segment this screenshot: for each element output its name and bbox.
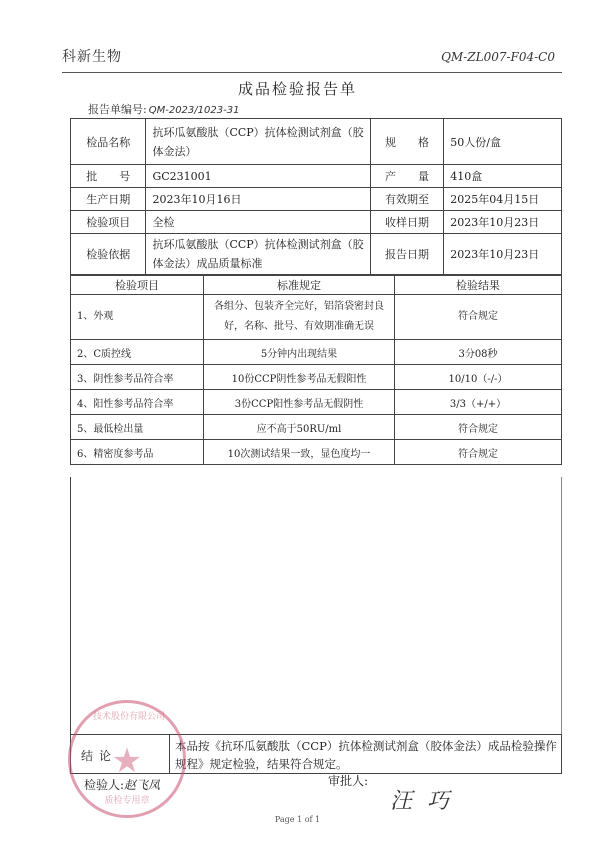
test-item: 2、C质控线: [71, 340, 204, 365]
test-item-value: 全检: [146, 211, 370, 234]
table-row: 6、精密度参考品 10次测试结果一致，显色度均一 符合规定: [71, 440, 562, 465]
conclusion-text: 本品按《抗环瓜氨酸肽（CCP）抗体检测试剂盒（胶体金法）成品检验操作规程》规定检…: [175, 737, 559, 773]
test-standard: 10份CCP阴性参考品无假阳性: [204, 365, 395, 390]
test-standard: 各组分、包装齐全完好，铝箔袋密封良好，名称、批号、有效期准确无误: [204, 295, 395, 340]
test-item: 6、精密度参考品: [71, 440, 204, 465]
test-result: 符合规定: [395, 295, 562, 340]
basis-value: 抗环瓜氨酸肽（CCP）抗体检测试剂盒（胶体金法）成品质量标准: [146, 234, 370, 275]
expiry-value: 2025年04月15日: [444, 188, 562, 211]
approver-label: 审批人:: [328, 772, 368, 789]
test-results-table: 检验项目 标准规定 检验结果 1、外观 各组分、包装齐全完好，铝箔袋密封良好，名…: [70, 275, 562, 465]
test-standard: 3份CCP阳性参考品无假阴性: [204, 390, 395, 415]
expiry-label: 有效期至: [370, 188, 443, 211]
production-date-label: 生产日期: [71, 188, 146, 211]
spec-label: 规 格: [370, 119, 443, 165]
batch-value: GC231001: [146, 165, 370, 188]
table-row: 4、阳性参考品符合率 3份CCP阳性参考品无假阴性 3/3（+/+）: [71, 390, 562, 415]
report-date-value: 2023年10月23日: [444, 234, 562, 275]
company-seal-stamp: 技术股份有限公司 ★ 质检专用章: [68, 700, 186, 818]
test-item: 4、阳性参考品符合率: [71, 390, 204, 415]
report-date-label: 报告日期: [370, 234, 443, 275]
report-number-value: QM-2023/1023-31: [149, 105, 240, 116]
test-result: 符合规定: [395, 440, 562, 465]
test-standard: 应不高于50RU/ml: [204, 415, 395, 440]
column-header-standard: 标准规定: [204, 276, 395, 295]
production-date-value: 2023年10月16日: [146, 188, 370, 211]
test-standard: 5分钟内出现结果: [204, 340, 395, 365]
test-result: 3分08秒: [395, 340, 562, 365]
sample-date-value: 2023年10月23日: [444, 211, 562, 234]
report-number: 报告单编号:QM-2023/1023-31: [88, 101, 239, 117]
product-name-value: 抗环瓜氨酸肽（CCP）抗体检测试剂盒（胶体金法）: [146, 119, 370, 165]
product-info-table: 检品名称 抗环瓜氨酸肽（CCP）抗体检测试剂盒（胶体金法） 规 格 50人份/盒…: [70, 118, 562, 275]
table-row: 5、最低检出量 应不高于50RU/ml 符合规定: [71, 415, 562, 440]
batch-label: 批 号: [71, 165, 146, 188]
spec-value: 50人份/盒: [444, 119, 562, 165]
star-icon: ★: [71, 741, 183, 781]
test-item-label: 检验项目: [71, 211, 146, 234]
basis-label: 检验依据: [71, 234, 146, 275]
document-title: 成品检验报告单: [0, 78, 595, 99]
header-divider: [62, 72, 562, 73]
column-header-item: 检验项目: [71, 276, 204, 295]
stamp-bottom-text: 质检专用章: [71, 793, 183, 806]
test-result: 10/10（-/-）: [395, 365, 562, 390]
quantity-label: 产 量: [370, 165, 443, 188]
test-standard: 10次测试结果一致，显色度均一: [204, 440, 395, 465]
column-header-result: 检验结果: [395, 276, 562, 295]
stamp-ring-text: 技术股份有限公司: [81, 709, 177, 722]
product-name-label: 检品名称: [71, 119, 146, 165]
test-result: 符合规定: [395, 415, 562, 440]
approver-signature: 汪 巧: [390, 784, 453, 815]
quantity-value: 410盒: [444, 165, 562, 188]
table-row: 1、外观 各组分、包装齐全完好，铝箔袋密封良好，名称、批号、有效期准确无误 符合…: [71, 295, 562, 340]
table-row: 3、阴性参考品符合率 10份CCP阴性参考品无假阳性 10/10（-/-）: [71, 365, 562, 390]
test-item: 1、外观: [71, 295, 204, 340]
page-footer: Page 1 of 1: [0, 815, 595, 824]
table-row: 2、C质控线 5分钟内出现结果 3分08秒: [71, 340, 562, 365]
test-result: 3/3（+/+）: [395, 390, 562, 415]
test-item: 3、阴性参考品符合率: [71, 365, 204, 390]
test-item: 5、最低检出量: [71, 415, 204, 440]
report-number-label: 报告单编号:: [88, 103, 147, 116]
form-code: QM-ZL007-F04-C0: [441, 50, 555, 64]
blank-area: [70, 477, 562, 734]
sample-date-label: 收样日期: [370, 211, 443, 234]
company-name: 科新生物: [62, 46, 122, 66]
